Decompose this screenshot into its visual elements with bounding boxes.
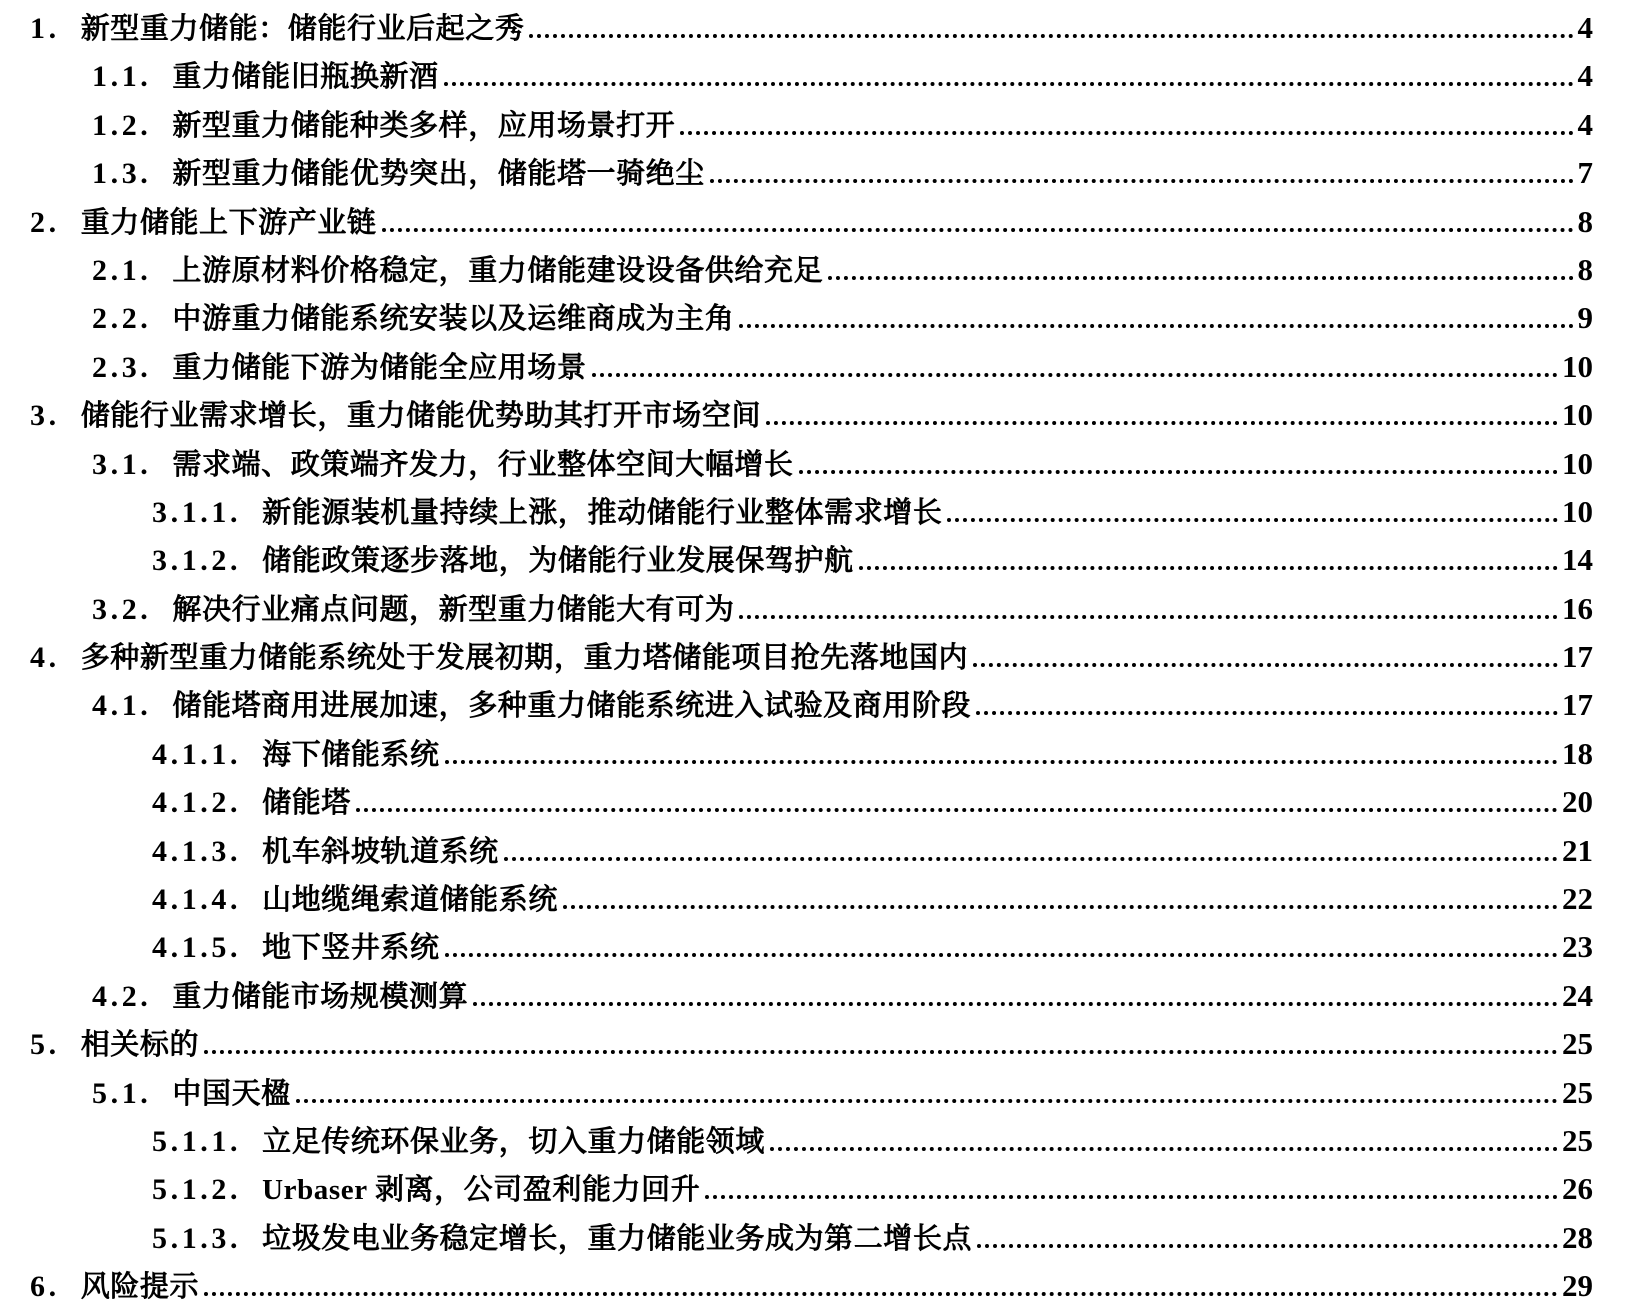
toc-dot-leader: [529, 34, 1573, 38]
toc-dot-leader: [204, 1292, 1558, 1296]
toc-entry[interactable]: 1.2. 新型重力储能种类多样，应用场景打开 4: [0, 101, 1593, 149]
toc-dot-leader: [473, 1002, 1558, 1006]
toc-entry-page: 22: [1562, 875, 1593, 923]
toc-entry-number: 3.1.2.: [152, 537, 241, 585]
toc-entry-number: 4.2.: [92, 973, 151, 1021]
toc-entry-title: 中国天楹: [172, 1070, 290, 1118]
toc-entry[interactable]: 3.1. 需求端、政策端齐发力，行业整体空间大幅增长 10: [0, 440, 1593, 488]
toc-entry-number: 4.1.2.: [152, 779, 241, 827]
toc-entry-number: 2.: [30, 199, 60, 247]
toc-dot-leader: [947, 518, 1558, 522]
toc-entry-title: 储能政策逐步落地，为储能行业发展保驾护航: [262, 537, 854, 585]
toc-entry[interactable]: 5.1.3. 垃圾发电业务稳定增长，重力储能业务成为第二增长点 28: [0, 1214, 1593, 1262]
toc-dot-leader: [504, 857, 1558, 861]
toc-entry-title: 解决行业痛点问题，新型重力储能大有可为: [172, 586, 734, 634]
toc-entry-title: 重力储能市场规模测算: [172, 973, 468, 1021]
toc-entry-page: 10: [1562, 343, 1593, 391]
toc-entry-page: 23: [1562, 923, 1593, 971]
toc-entry-title: 风险提示: [81, 1263, 199, 1311]
toc-entry[interactable]: 4.1.5. 地下竖井系统 23: [0, 923, 1593, 971]
toc-entry-page: 9: [1578, 294, 1594, 342]
toc-entry-number: 2.3.: [92, 344, 151, 392]
toc-entry-number: 4.1.3.: [152, 828, 241, 876]
toc-dot-leader: [356, 808, 1558, 812]
toc-entry-number: 3.1.1.: [152, 489, 241, 537]
toc-entry-page: 17: [1562, 633, 1593, 681]
toc-entry-page: 8: [1578, 246, 1594, 294]
toc-entry-title: 新型重力储能种类多样，应用场景打开: [172, 102, 675, 150]
toc-entry-page: 4: [1578, 4, 1594, 52]
toc-dot-leader: [445, 953, 1558, 957]
toc-entry-number: 4.1.4.: [152, 876, 241, 924]
toc-entry-number: 1.: [30, 5, 60, 53]
toc-entry[interactable]: 4.1.1. 海下储能系统 18: [0, 730, 1593, 778]
toc-entry-page: 17: [1562, 681, 1593, 729]
toc-entry-title: 储能塔商用进展加速，多种重力储能系统进入试验及商用阶段: [172, 682, 971, 730]
toc-entry-title: 新能源装机量持续上涨，推动储能行业整体需求增长: [262, 489, 942, 537]
toc-dot-leader: [770, 1147, 1558, 1151]
toc-entry-page: 25: [1562, 1117, 1593, 1165]
toc-entry-title: 中游重力储能系统安装以及运维商成为主角: [172, 295, 734, 343]
toc-entry[interactable]: 5. 相关标的 25: [0, 1020, 1593, 1068]
toc-dot-leader: [739, 324, 1573, 328]
toc-entry-page: 16: [1562, 585, 1593, 633]
toc-entry-page: 29: [1562, 1262, 1593, 1310]
toc-entry-page: 14: [1562, 536, 1593, 584]
toc-entry-title: 山地缆绳索道储能系统: [262, 876, 558, 924]
toc-entry-title: 地下竖井系统: [262, 924, 439, 972]
toc-entry[interactable]: 3.1.1. 新能源装机量持续上涨，推动储能行业整体需求增长 10: [0, 488, 1593, 536]
toc-entry[interactable]: 4. 多种新型重力储能系统处于发展初期，重力塔储能项目抢先落地国内 17: [0, 633, 1593, 681]
toc-entry-number: 1.1.: [92, 53, 151, 101]
toc-page: 1. 新型重力储能：储能行业后起之秀 4 1.1. 重力储能旧瓶换新酒 4 1.…: [0, 0, 1629, 1312]
toc-entry-number: 3.2.: [92, 586, 151, 634]
toc-dot-leader: [563, 905, 1558, 909]
toc-entry[interactable]: 4.2. 重力储能市场规模测算 24: [0, 972, 1593, 1020]
toc-entry[interactable]: 4.1.4. 山地缆绳索道储能系统 22: [0, 875, 1593, 923]
toc-entry-page: 21: [1562, 827, 1593, 875]
toc-entry-page: 24: [1562, 972, 1593, 1020]
toc-entry-page: 26: [1562, 1165, 1593, 1213]
toc-entry-number: 4.1.: [92, 682, 151, 730]
toc-entry-page: 7: [1578, 149, 1594, 197]
toc-entry[interactable]: 2.1. 上游原材料价格稳定，重力储能建设设备供给充足 8: [0, 246, 1593, 294]
toc-entry[interactable]: 5.1. 中国天楹 25: [0, 1069, 1593, 1117]
toc-entry[interactable]: 4.1.2. 储能塔 20: [0, 778, 1593, 826]
toc-entry-title: 新型重力储能优势突出，储能塔一骑绝尘: [172, 150, 704, 198]
toc-entry-number: 4.1.1.: [152, 731, 241, 779]
toc-entry-number: 5.1.: [92, 1070, 151, 1118]
toc-dot-leader: [766, 421, 1558, 425]
toc-entry[interactable]: 2.3. 重力储能下游为储能全应用场景 10: [0, 343, 1593, 391]
toc-entry-number: 4.1.5.: [152, 924, 241, 972]
toc-entry-title: 新型重力储能：储能行业后起之秀: [81, 5, 525, 53]
toc-dot-leader: [444, 82, 1574, 86]
toc-entry-title: 垃圾发电业务稳定增长，重力储能业务成为第二增长点: [262, 1215, 972, 1263]
toc-entry-number: 6.: [30, 1263, 60, 1311]
toc-list: 1. 新型重力储能：储能行业后起之秀 4 1.1. 重力储能旧瓶换新酒 4 1.…: [0, 4, 1593, 1311]
toc-entry-page: 25: [1562, 1020, 1593, 1068]
toc-entry-title: 储能塔: [262, 779, 351, 827]
toc-entry[interactable]: 2. 重力储能上下游产业链 8: [0, 198, 1593, 246]
toc-entry-page: 10: [1562, 440, 1593, 488]
toc-entry[interactable]: 3.1.2. 储能政策逐步落地，为储能行业发展保驾护航 14: [0, 536, 1593, 584]
toc-entry-number: 1.3.: [92, 150, 151, 198]
toc-dot-leader: [445, 760, 1558, 764]
toc-entry-title: 上游原材料价格稳定，重力储能建设设备供给充足: [172, 247, 823, 295]
toc-dot-leader: [705, 1195, 1558, 1199]
toc-entry-page: 8: [1578, 198, 1594, 246]
toc-entry-page: 28: [1562, 1214, 1593, 1262]
toc-dot-leader: [710, 179, 1574, 183]
toc-entry-title: Urbaser 剥离，公司盈利能力回升: [262, 1166, 700, 1214]
toc-entry-number: 2.2.: [92, 295, 151, 343]
toc-entry-title: 海下储能系统: [262, 731, 439, 779]
toc-dot-leader: [977, 1244, 1558, 1248]
toc-dot-leader: [592, 373, 1558, 377]
toc-dot-leader: [296, 1099, 1558, 1103]
toc-entry-page: 10: [1562, 391, 1593, 439]
toc-entry-page: 20: [1562, 778, 1593, 826]
toc-dot-leader: [382, 228, 1574, 232]
toc-dot-leader: [739, 615, 1558, 619]
toc-entry[interactable]: 4.1.3. 机车斜坡轨道系统 21: [0, 827, 1593, 875]
toc-entry-title: 相关标的: [81, 1021, 199, 1069]
toc-entry-page: 10: [1562, 488, 1593, 536]
toc-entry[interactable]: 2.2. 中游重力储能系统安装以及运维商成为主角 9: [0, 294, 1593, 342]
toc-entry-number: 5.1.2.: [152, 1166, 241, 1214]
toc-entry[interactable]: 4.1. 储能塔商用进展加速，多种重力储能系统进入试验及商用阶段 17: [0, 681, 1593, 729]
toc-entry-number: 1.2.: [92, 102, 151, 150]
toc-entry[interactable]: 1. 新型重力储能：储能行业后起之秀 4: [0, 4, 1593, 52]
toc-entry-title: 重力储能下游为储能全应用场景: [172, 344, 586, 392]
toc-entry-title: 多种新型重力储能系统处于发展初期，重力塔储能项目抢先落地国内: [81, 634, 968, 682]
toc-entry-title: 重力储能旧瓶换新酒: [172, 53, 438, 101]
toc-dot-leader: [799, 470, 1558, 474]
toc-entry-number: 5.: [30, 1021, 60, 1069]
toc-entry-title: 需求端、政策端齐发力，行业整体空间大幅增长: [172, 441, 793, 489]
toc-entry[interactable]: 5.1.1. 立足传统环保业务，切入重力储能领域 25: [0, 1117, 1593, 1165]
toc-dot-leader: [976, 711, 1558, 715]
toc-entry[interactable]: 6. 风险提示 29: [0, 1262, 1593, 1310]
toc-entry-title: 立足传统环保业务，切入重力储能领域: [262, 1118, 765, 1166]
toc-entry-page: 4: [1578, 52, 1594, 100]
toc-entry[interactable]: 3. 储能行业需求增长，重力储能优势助其打开市场空间 10: [0, 391, 1593, 439]
toc-entry-number: 5.1.3.: [152, 1215, 241, 1263]
toc-dot-leader: [973, 663, 1558, 667]
toc-dot-leader: [828, 276, 1573, 280]
toc-entry-number: 3.1.: [92, 441, 151, 489]
toc-entry[interactable]: 1.1. 重力储能旧瓶换新酒 4: [0, 52, 1593, 100]
toc-entry-title: 重力储能上下游产业链: [81, 199, 377, 247]
toc-dot-leader: [859, 566, 1558, 570]
toc-entry[interactable]: 3.2. 解决行业痛点问题，新型重力储能大有可为 16: [0, 585, 1593, 633]
toc-entry-page: 18: [1562, 730, 1593, 778]
toc-entry[interactable]: 5.1.2. Urbaser 剥离，公司盈利能力回升 26: [0, 1165, 1593, 1213]
toc-entry-title: 储能行业需求增长，重力储能优势助其打开市场空间: [81, 392, 761, 440]
toc-entry-number: 2.1.: [92, 247, 151, 295]
toc-dot-leader: [204, 1050, 1558, 1054]
toc-entry-title: 机车斜坡轨道系统: [262, 828, 499, 876]
toc-entry-number: 4.: [30, 634, 60, 682]
toc-entry-number: 5.1.1.: [152, 1118, 241, 1166]
toc-entry-number: 3.: [30, 392, 60, 440]
toc-entry[interactable]: 1.3. 新型重力储能优势突出，储能塔一骑绝尘 7: [0, 149, 1593, 197]
toc-entry-page: 4: [1578, 101, 1594, 149]
toc-entry-page: 25: [1562, 1069, 1593, 1117]
toc-dot-leader: [680, 131, 1573, 135]
